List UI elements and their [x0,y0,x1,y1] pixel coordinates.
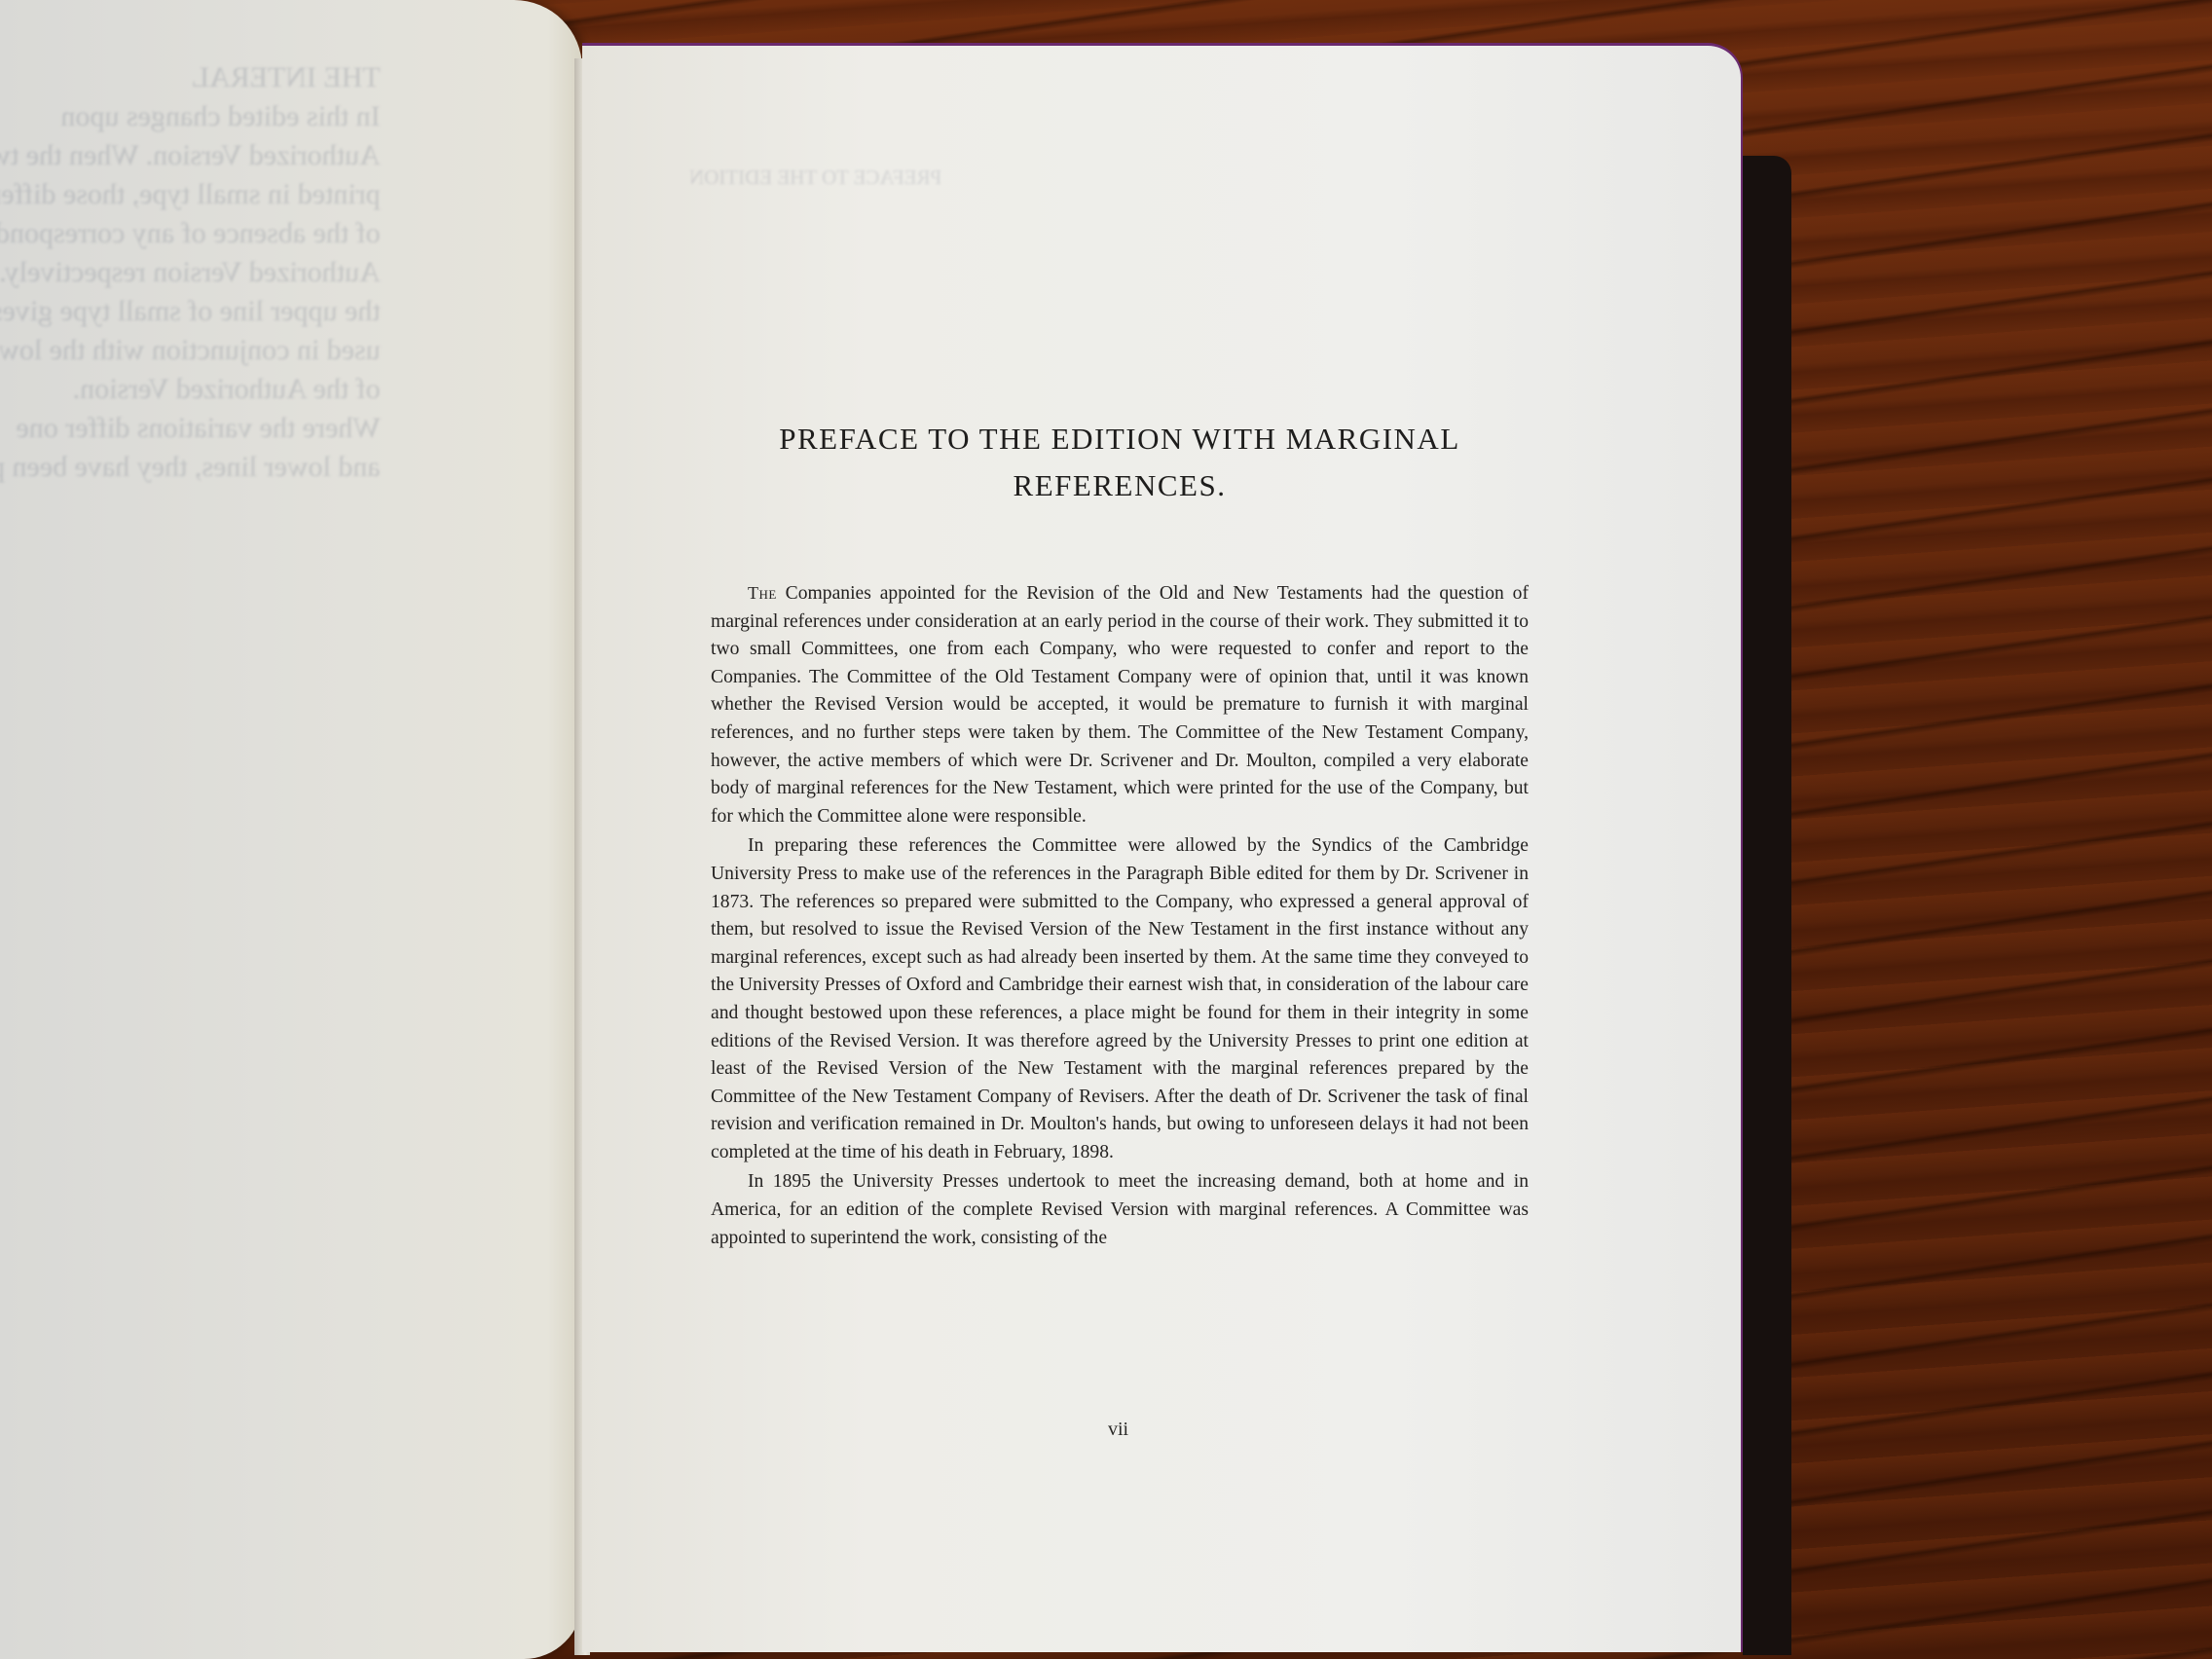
page-title: Preface to the Edition with Marginal Ref… [711,416,1529,509]
left-page: THE INTERAL In this edited changes upon … [0,0,582,1659]
paragraph-3: In 1895 the University Presses undertook… [711,1168,1529,1252]
right-page: PREFACE TO THE EDITION Preface to the Ed… [582,43,1743,1652]
page-number: vii [1108,1419,1128,1441]
book-cover [1743,156,1791,1655]
left-page-show-through-text: THE INTERAL In this edited changes upon … [0,58,381,487]
paragraph-2: In preparing these references the Commit… [711,832,1529,1166]
right-page-show-through-header: PREFACE TO THE EDITION [689,163,941,192]
paragraph-1-text: Companies appointed for the Revision of … [711,583,1529,827]
paragraph-1: The Companies appointed for the Revision… [711,579,1529,830]
page-content: Preface to the Edition with Marginal Ref… [711,416,1529,1252]
preface-body: The Companies appointed for the Revision… [711,579,1529,1252]
paragraph-1-lead: The [748,583,777,603]
